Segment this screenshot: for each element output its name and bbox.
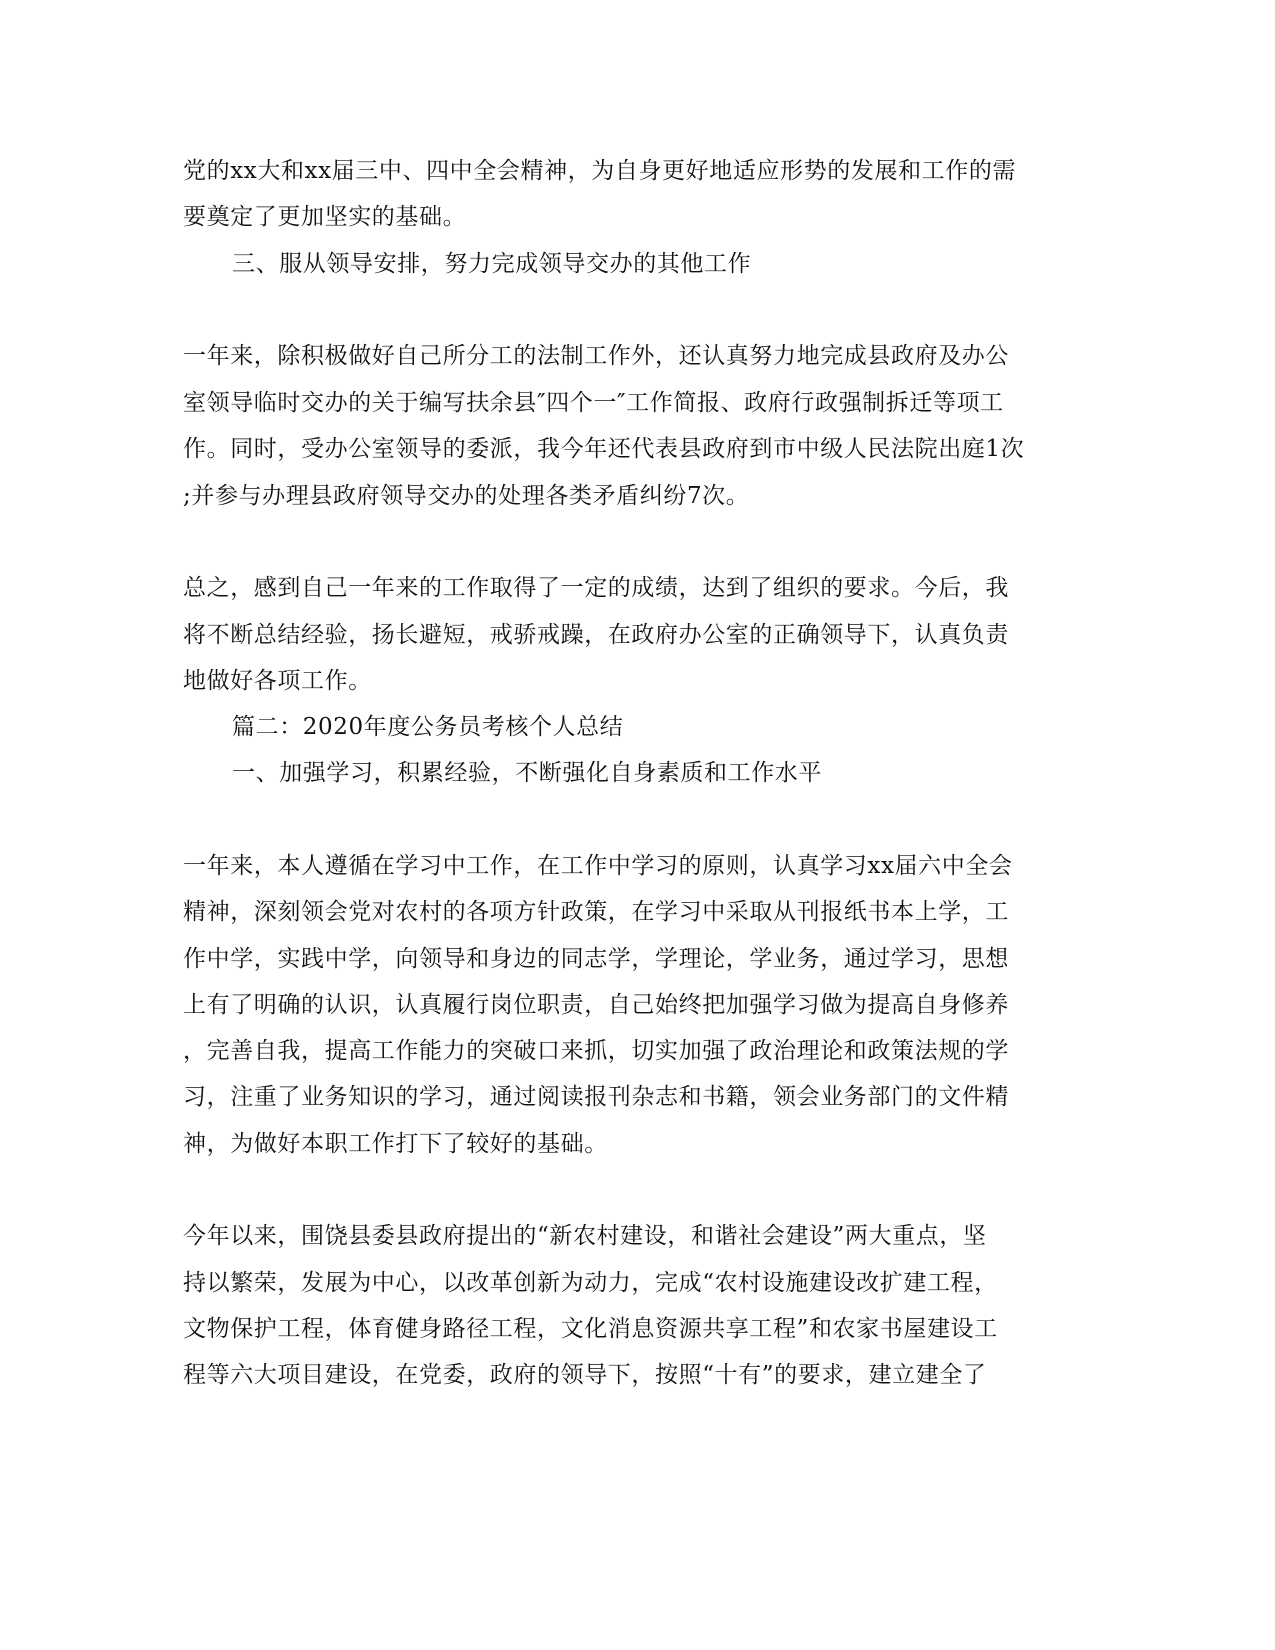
body-text-line: 程等六大项目建设，在党委，政府的领导下，按照“十有”的要求，建立建全了 bbox=[183, 1360, 987, 1390]
section-heading: 一、加强学习，积累经验，不断强化自身素质和工作水平 bbox=[232, 758, 822, 788]
body-text-line: 要奠定了更加坚实的基础。 bbox=[183, 202, 466, 232]
section-heading: 三、服从领导安排，努力完成领导交办的其他工作 bbox=[232, 249, 751, 279]
body-text-line: 作中学，实践中学，向领导和身边的同志学，学理论，学业务，通过学习，思想 bbox=[183, 944, 1009, 974]
body-text-line: 上有了明确的认识，认真履行岗位职责，自己始终把加强学习做为提高自身修养 bbox=[183, 990, 1009, 1020]
body-text-line: 文物保护工程，体育健身路径工程，文化消息资源共享工程”和农家书屋建设工 bbox=[183, 1314, 998, 1344]
part-title: 篇二：2020年度公务员考核个人总结 bbox=[232, 712, 623, 742]
body-text-line: 一年来，除积极做好自己所分工的法制工作外，还认真努力地完成县政府及办公 bbox=[183, 341, 1009, 371]
body-text-line: 地做好各项工作。 bbox=[183, 666, 372, 696]
body-text-line: 一年来，本人遵循在学习中工作，在工作中学习的原则，认真学习xx届六中全会 bbox=[183, 851, 1013, 881]
body-text-line: 神，为做好本职工作打下了较好的基础。 bbox=[183, 1129, 608, 1159]
body-text-line: ，完善自我，提高工作能力的突破口来抓，切实加强了政治理论和政策法规的学 bbox=[183, 1036, 1009, 1066]
body-text-line: 今年以来，围饶县委县政府提出的“新农村建设，和谐社会建设”两大重点，坚 bbox=[183, 1221, 987, 1251]
body-text-line: 持以繁荣，发展为中心，以改革创新为动力，完成“农村设施建设改扩建工程， bbox=[183, 1268, 998, 1298]
body-text-line: 将不断总结经验，扬长避短，戒骄戒躁，在政府办公室的正确领导下，认真负责 bbox=[183, 620, 1009, 650]
document-page: 党的xx大和xx届三中、四中全会精神，为自身更好地适应形势的发展和工作的需 要奠… bbox=[0, 0, 1275, 1650]
body-text-line: 室领导临时交办的关于编写扶余县″四个一″工作简报、政府行政强制拆迁等项工 bbox=[183, 388, 1004, 418]
body-text-line: 党的xx大和xx届三中、四中全会精神，为自身更好地适应形势的发展和工作的需 bbox=[183, 156, 1016, 186]
body-text-line: 精神，深刻领会党对农村的各项方针政策，在学习中采取从刊报纸书本上学，工 bbox=[183, 897, 1009, 927]
body-text-line: ;并参与办理县政府领导交办的处理各类矛盾纠纷7次。 bbox=[183, 481, 749, 511]
body-text-line: 总之，感到自己一年来的工作取得了一定的成绩，达到了组织的要求。今后，我 bbox=[183, 573, 1009, 603]
body-text-line: 作。同时，受办公室领导的委派，我今年还代表县政府到市中级人民法院出庭1次 bbox=[183, 434, 1024, 464]
body-text-line: 习，注重了业务知识的学习，通过阅读报刊杂志和书籍，领会业务部门的文件精 bbox=[183, 1082, 1009, 1112]
